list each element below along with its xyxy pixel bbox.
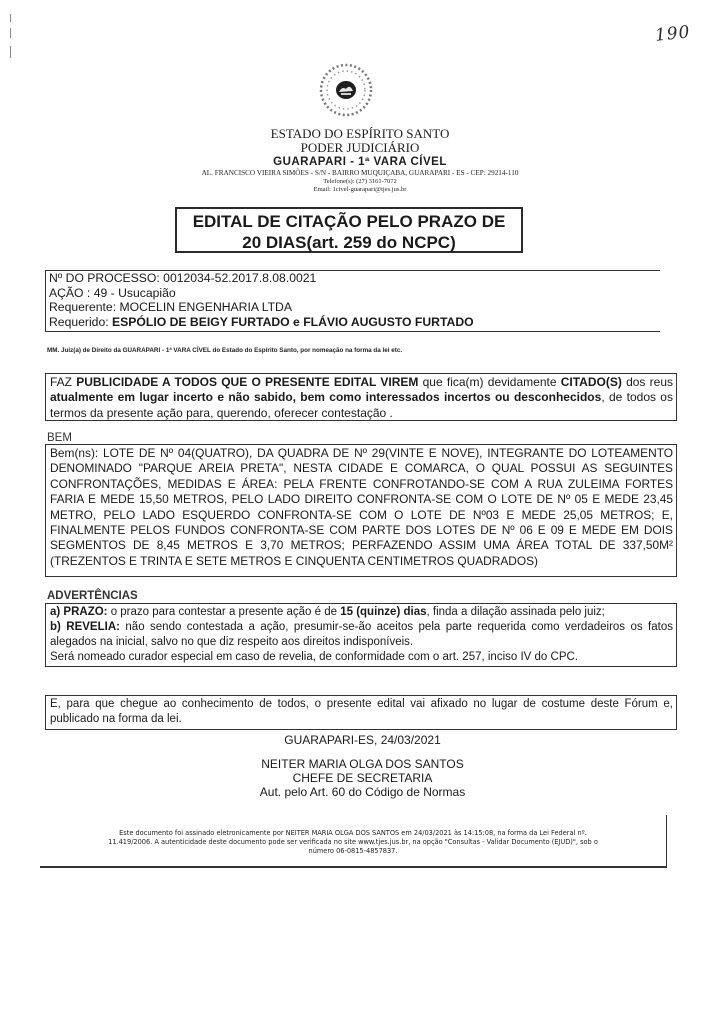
publication-bold-2: CITADO(S)	[561, 375, 622, 389]
header-phone: Telefone(s): (27) 3161-7072	[150, 178, 570, 186]
process-plaintiff-value: MOCELIN ENGENHARIA LTDA	[119, 300, 291, 314]
closing-box: E, para que chegue ao conhecimento de to…	[45, 695, 677, 730]
process-defendant-value: ESPÓLIO DE BEIGY FURTADO e FLÁVIO AUGUST…	[112, 315, 474, 329]
header-address: AL. FRANCISCO VIEIRA SIMÕES - S/N - BAIR…	[150, 169, 570, 178]
publication-lead: FAZ	[50, 375, 72, 389]
place-date: GUARAPARI-ES, 24/03/2021	[0, 733, 725, 747]
document-title: EDITAL DE CITAÇÃO PELO PRAZO DE 20 DIAS(…	[175, 207, 523, 253]
advertencia-c: Será nomeado curador especial em caso de…	[46, 650, 676, 667]
header-court: GUARAPARI - 1ª VARA CÍVEL	[150, 155, 570, 169]
advertencia-a: a) PRAZO: o prazo para contestar a prese…	[46, 604, 676, 620]
publication-text-1: que fica(m) devidamente	[418, 375, 560, 389]
publication-bold-1: PUBLICIDADE A TODOS QUE O PRESENTE EDITA…	[76, 375, 418, 389]
advertencia-b-label: b) REVELIA:	[50, 621, 120, 633]
process-number: Nº DO PROCESSO: 0012034-52.2017.8.08.002…	[46, 271, 660, 286]
electronic-signature-footer: Este documento foi assinado eletronicame…	[40, 815, 667, 868]
process-plaintiff-label: Requerente:	[49, 300, 116, 314]
advertencia-a-bold: 15 (quinze) dias	[340, 606, 426, 618]
signature-block: NEITER MARIA OLGA DOS SANTOS CHEFE DE SE…	[0, 757, 725, 799]
signer-authority: Aut. pelo Art. 60 do Código de Normas	[0, 785, 725, 799]
property-box: Bem(ns): LOTE DE Nº 04(QUATRO), DA QUADR…	[45, 444, 677, 577]
publication-text: FAZ PUBLICIDADE A TODOS QUE O PRESENTE E…	[46, 374, 676, 423]
title-line-1: EDITAL DE CITAÇÃO PELO PRAZO DE	[177, 211, 521, 232]
closing-text: E, para que chegue ao conhecimento de to…	[46, 696, 676, 729]
coat-of-arms-seal-icon	[318, 62, 374, 118]
handwritten-page-number: 190	[654, 22, 691, 46]
title-line-2: 20 DIAS(art. 259 do NCPC)	[177, 232, 521, 253]
process-number-label: Nº DO PROCESSO:	[49, 271, 160, 285]
header-email: Email: 1civel-guarapari@tjes.jus.br	[150, 186, 570, 194]
advertencia-a-text-2: , finda a dilação assinada pelo juiz;	[427, 606, 605, 618]
process-action-value: 49 - Usucapião	[94, 286, 176, 300]
process-defendant: Requerido: ESPÓLIO DE BEIGY FURTADO e FL…	[46, 315, 660, 330]
bem-label: BEM	[47, 432, 72, 444]
advertencia-a-text-1: o prazo para contestar a presente ação é…	[108, 606, 341, 618]
footer-line-1: Este documento foi assinado eletronicame…	[40, 829, 666, 838]
advertencias-label: ADVERTÊNCIAS	[47, 590, 138, 602]
header-branch: PODER JUDICIÁRIO	[150, 141, 570, 155]
property-description: Bem(ns): LOTE DE Nº 04(QUATRO), DA QUADR…	[46, 445, 676, 571]
publication-text-2: dos reus	[622, 375, 673, 389]
advertencia-a-label: a) PRAZO:	[50, 606, 108, 618]
margin-marks	[6, 8, 20, 68]
process-number-value: 0012034-52.2017.8.08.0021	[163, 271, 316, 285]
process-plaintiff: Requerente: MOCELIN ENGENHARIA LTDA	[46, 300, 660, 315]
process-action: AÇÃO : 49 - Usucapião	[46, 286, 660, 301]
advertencia-b: b) REVELIA: não sendo contestada a ação,…	[46, 620, 676, 650]
advertencias-box: a) PRAZO: o prazo para contestar a prese…	[45, 603, 677, 667]
process-action-label: AÇÃO :	[49, 286, 90, 300]
signer-name: NEITER MARIA OLGA DOS SANTOS	[0, 757, 725, 771]
header-state: ESTADO DO ESPÍRITO SANTO	[150, 126, 570, 141]
process-info-box: Nº DO PROCESSO: 0012034-52.2017.8.08.002…	[45, 270, 660, 332]
publication-box: FAZ PUBLICIDADE A TODOS QUE O PRESENTE E…	[45, 373, 677, 421]
judge-intro: MM. Juiz(a) de Direito da GUARAPARI - 1ª…	[47, 347, 402, 354]
process-defendant-label: Requerido:	[49, 315, 109, 329]
advertencia-b-text: não sendo contestada a ação, presumir-se…	[50, 621, 673, 648]
publication-bold-3: atualmente em lugar incerto e não sabido…	[50, 390, 601, 404]
court-header: ESTADO DO ESPÍRITO SANTO PODER JUDICIÁRI…	[150, 126, 570, 194]
footer-line-3: número 06-0815-4857837.	[40, 847, 666, 856]
signer-role: CHEFE DE SECRETARIA	[0, 771, 725, 785]
footer-line-2: 11.419/2006. A autenticidade deste docum…	[40, 838, 666, 847]
